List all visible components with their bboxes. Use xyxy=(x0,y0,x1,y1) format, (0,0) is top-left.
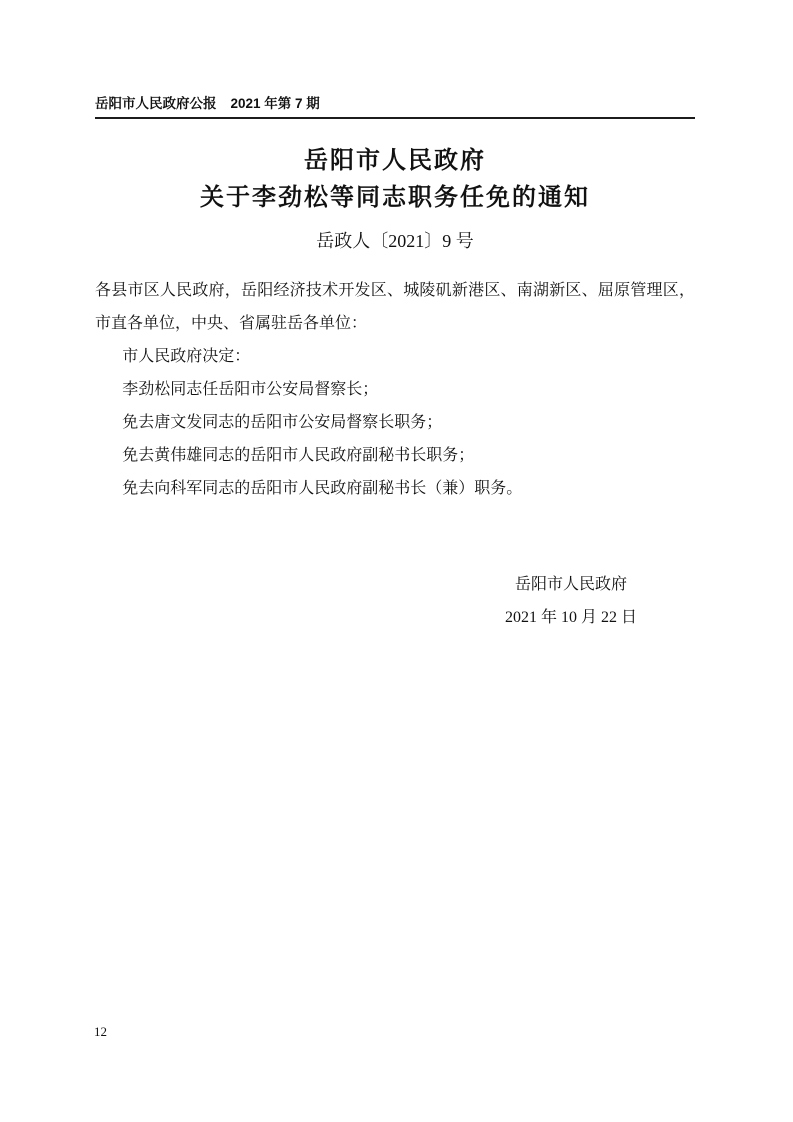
header-rule xyxy=(95,117,695,119)
document-title-line-1: 岳阳市人民政府 xyxy=(95,143,695,180)
salutation-paragraph: 各县市区人民政府，岳阳经济技术开发区、城陵矶新港区、南湖新区、屈原管理区，市直各… xyxy=(95,274,695,340)
gazette-title: 岳阳市人民政府公报 xyxy=(95,96,217,111)
decision-paragraph: 免去向科军同志的岳阳市人民政府副秘书长（兼）职务。 xyxy=(95,472,695,505)
document-number: 岳政人〔2021〕9 号 xyxy=(95,230,695,252)
gazette-issue-number: 2021 年第 7 期 xyxy=(231,96,320,111)
decision-list: 市人民政府决定： 李劲松同志任岳阳市公安局督察长； 免去唐文发同志的岳阳市公安局… xyxy=(95,340,695,505)
decision-paragraph: 免去黄伟雄同志的岳阳市人民政府副秘书长职务； xyxy=(95,439,695,472)
decision-paragraph: 市人民政府决定： xyxy=(95,340,695,373)
document-title-line-2: 关于李劲松等同志职务任免的通知 xyxy=(95,180,695,217)
page-number: 12 xyxy=(94,1024,107,1040)
decision-paragraph: 免去唐文发同志的岳阳市公安局督察长职务； xyxy=(95,406,695,439)
signature-block: 岳阳市人民政府 2021 年 10 月 22 日 xyxy=(441,568,701,634)
signature-name: 岳阳市人民政府 xyxy=(441,568,701,601)
decision-paragraph: 李劲松同志任岳阳市公安局督察长； xyxy=(95,373,695,406)
signature-date: 2021 年 10 月 22 日 xyxy=(441,601,701,634)
document-title: 岳阳市人民政府 关于李劲松等同志职务任免的通知 xyxy=(95,143,695,217)
gazette-running-head: 岳阳市人民政府公报2021 年第 7 期 xyxy=(95,96,695,112)
